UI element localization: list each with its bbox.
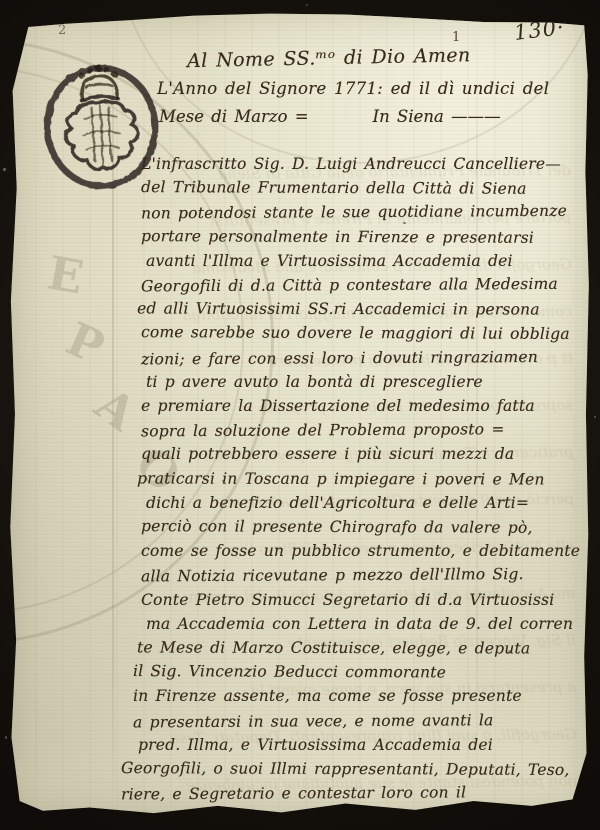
manuscript-page: E P A O del Tribunale Frumentario della … [8, 10, 590, 818]
manuscript-line: te Mese di Marzo Costituisce, elegge, e … [137, 635, 581, 660]
manuscript-line: come se fosse un pubblico strumento, e d… [141, 539, 585, 563]
folio-number-stamped: 2 [58, 23, 67, 38]
manuscript-line: come sarebbe suo dovere le maggiori di l… [141, 320, 585, 346]
manuscript-line: a presentarsi in sua vece, e nome avanti… [133, 707, 585, 734]
place-text: In Siena ——— [373, 107, 501, 126]
manuscript-line: pred. Illma, e Virtuosissima Accademia d… [138, 733, 590, 757]
manuscript-body: L'infrascritto Sig. D. Luigi Andreucci C… [141, 152, 585, 805]
ink-speck [222, 480, 224, 482]
ink-speck [508, 650, 511, 653]
manuscript-line: L'infrascritto Sig. D. Luigi Andreucci C… [141, 152, 585, 176]
ink-speck [403, 222, 406, 224]
manuscript-line: perciò con il presente Chirografo da val… [141, 514, 585, 540]
manuscript-line: quali potrebbero essere i più sicuri mez… [141, 442, 585, 466]
manuscript-line: alla Notizia ricevutane p mezzo dell'Ill… [141, 562, 585, 589]
place-line: Mese di Marzo = In Siena ——— [159, 107, 581, 126]
dust-speck [5, 736, 7, 739]
invocation-line: Al Nome SS.ᵐᵒ di Dio Amen [187, 42, 581, 72]
month-text: Mese di Marzo = [159, 107, 309, 126]
manuscript-line: non potendosi stante le sue quotidiane i… [141, 199, 585, 226]
manuscript-line: avanti l'Illma e Virtuosissima Accademia… [146, 249, 590, 273]
dust-speck [594, 416, 596, 418]
manuscript-line: ma Accademia con Lettera in data de 9. d… [146, 612, 590, 636]
manuscript-line: zioni; e fare con essi loro i dovuti rin… [141, 344, 585, 371]
manuscript-line: Georgofili, o suoi Illmi rappresentanti,… [121, 756, 585, 782]
date-line: L'Anno del Signore 1771: ed il dì undici… [157, 79, 581, 98]
manuscript-line: il Sig. Vincenzio Beducci commorante [133, 659, 585, 685]
dust-speck [3, 168, 6, 171]
manuscript-line: sopra la soluzione del Problema proposto… [141, 417, 585, 444]
manuscript-line: dichi a benefizio dell'Agricoltura e del… [146, 491, 590, 515]
page-number: 1 [452, 30, 460, 45]
manuscript-line: Georgofili di d.a Città p contestare all… [141, 272, 585, 299]
photograph-background: E P A O del Tribunale Frumentario della … [0, 0, 600, 830]
manuscript-line: praticarsi in Toscana p impiegare i pove… [137, 466, 581, 491]
manuscript-line: ti p avere avuto la bontà di presceglier… [146, 370, 590, 394]
manuscript-line: Conte Pietro Simucci Segretario di d.a V… [141, 588, 585, 612]
archival-number: 130· [513, 15, 566, 45]
manuscript-line: portare personalmente in Firenze e prese… [141, 224, 585, 250]
dust-speck [306, 4, 308, 6]
manuscript-line: del Tribunale Frumentario della Città di… [141, 175, 585, 201]
manuscript-line: in Firenze assente, ma come se fosse pre… [133, 684, 585, 708]
invocation-header: Al Nome SS.ᵐᵒ di Dio Amen L'Anno del Sig… [141, 46, 581, 126]
manuscript-line: ed alli Virtuosissimi SS.ri Accademici i… [137, 297, 581, 322]
manuscript-line: riere, e Segretario e contestar loro con… [121, 780, 585, 807]
manuscript-line: e premiare la Dissertazione del medesimo… [141, 394, 585, 418]
